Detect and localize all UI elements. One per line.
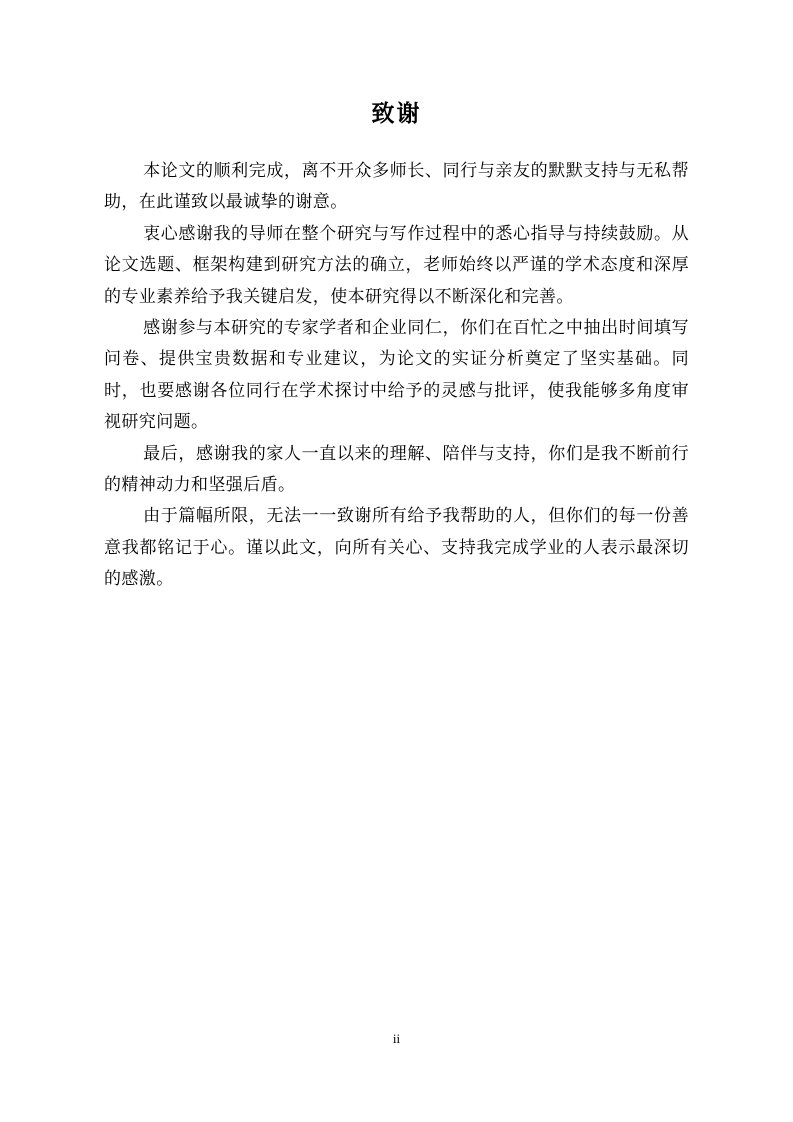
paragraph: 最后，感谢我的家人一直以来的理解、陪伴与支持，你们是我不断前行的精神动力和坚强后… xyxy=(104,438,689,501)
paragraph: 感谢参与本研究的专家学者和企业同仁，你们在百忙之中抽出时间填写问卷、提供宝贵数据… xyxy=(104,312,689,438)
acknowledgements-body: 本论文的顺利完成，离不开众多师长、同行与亲友的默默支持与无私帮助，在此谨致以最诚… xyxy=(104,155,689,595)
paragraph: 衷心感谢我的导师在整个研究与写作过程中的悉心指导与持续鼓励。从论文选题、框架构建… xyxy=(104,218,689,312)
document-page: 致谢 本论文的顺利完成，离不开众多师长、同行与亲友的默默支持与无私帮助，在此谨致… xyxy=(0,0,793,1122)
page-title: 致谢 xyxy=(0,0,793,132)
paragraph: 由于篇幅所限，无法一一致谢所有给予我帮助的人，但你们的每一份善意我都铭记于心。谨… xyxy=(104,500,689,594)
page-number: ii xyxy=(0,1030,793,1048)
paragraph: 本论文的顺利完成，离不开众多师长、同行与亲友的默默支持与无私帮助，在此谨致以最诚… xyxy=(104,155,689,218)
